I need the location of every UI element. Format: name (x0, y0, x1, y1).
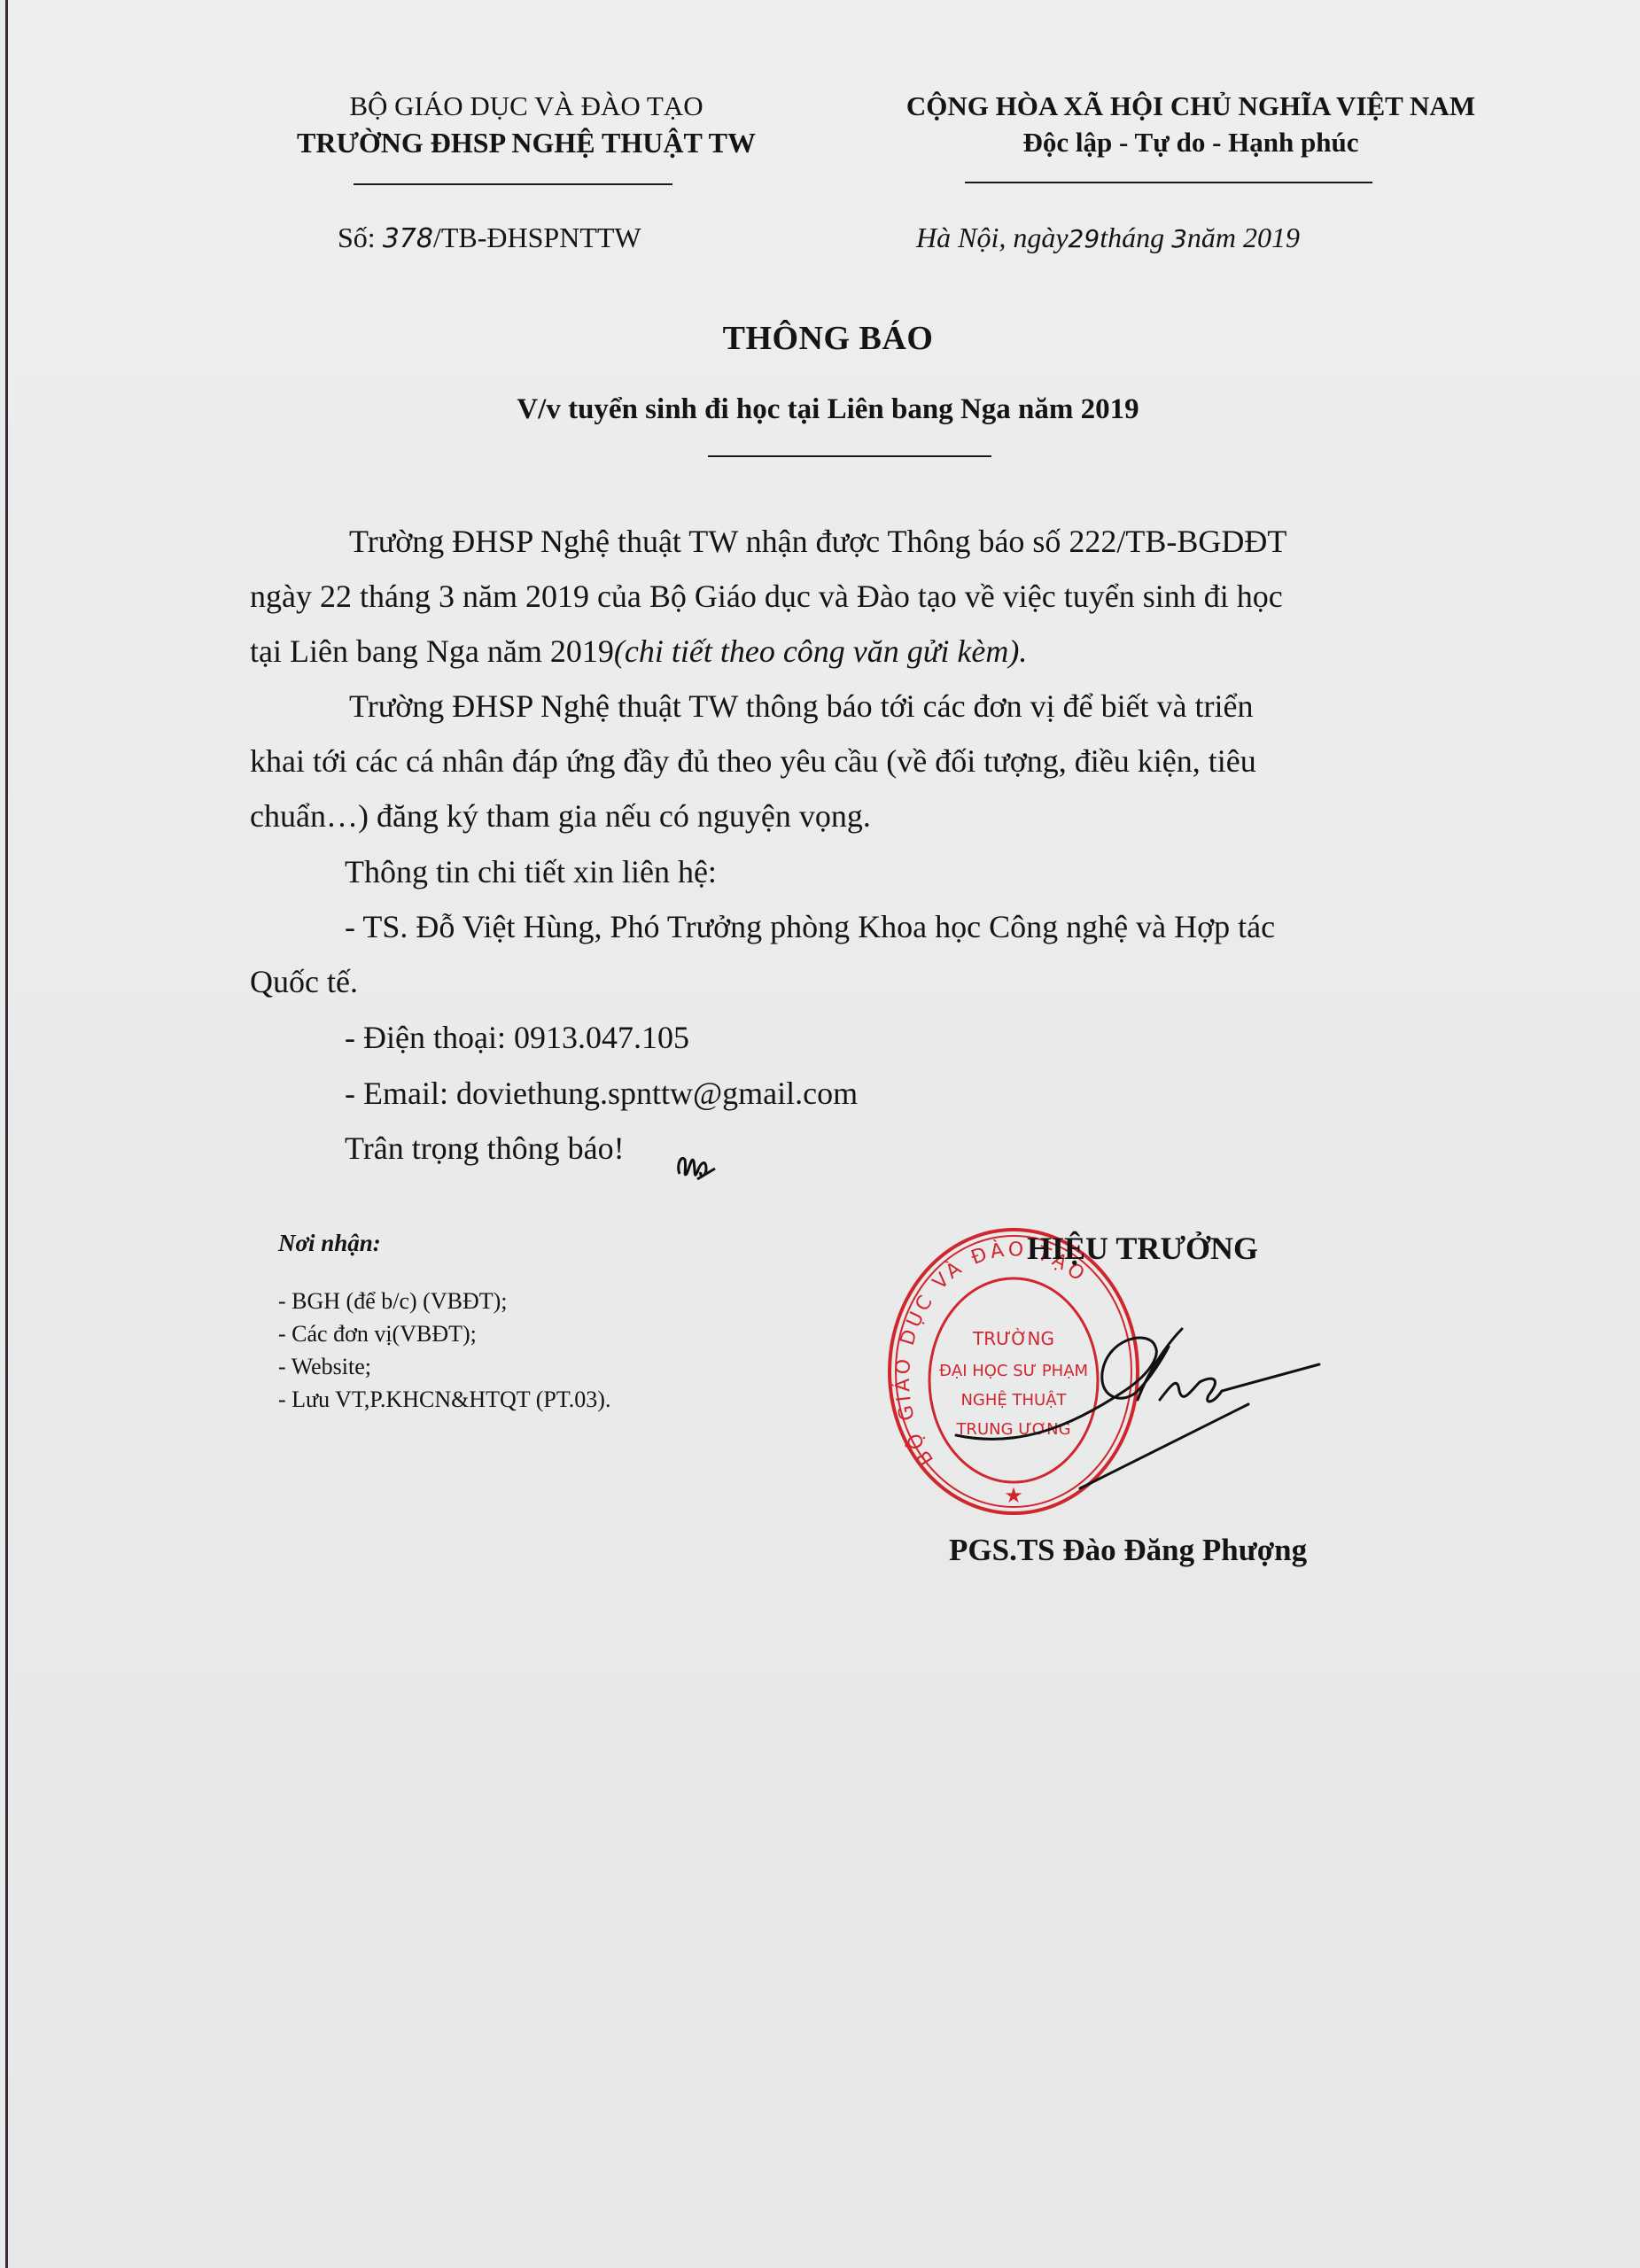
signature-icon (947, 1293, 1337, 1497)
reference-prefix: Số: (338, 221, 383, 253)
date-day-handwritten: 29 (1069, 224, 1100, 253)
national-motto: Độc lập - Tự do - Hạnh phúc (823, 124, 1558, 161)
paragraph-1-line-2: ngày 22 tháng 3 năm 2019 của Bộ Giáo dục… (250, 569, 1283, 624)
paragraph-2-line-1: Trường ĐHSP Nghệ thuật TW thông báo tới … (349, 679, 1254, 734)
recipients-title: Nơi nhận: (278, 1230, 381, 1257)
contact-intro: Thông tin chi tiết xin liên hệ: (345, 844, 717, 899)
school-name: TRƯỜNG ĐHSP NGHỆ THUẬT TW (221, 124, 832, 161)
subtitle-rule (708, 455, 991, 457)
reference-suffix: /TB-ĐHSPNTTW (433, 221, 641, 253)
header-left-rule (354, 183, 672, 185)
signer-title: HIỆU TRƯỞNG (1027, 1230, 1258, 1267)
recipient-item: - BGH (để b/c) (VBĐT); (278, 1285, 508, 1317)
header-right-rule (965, 182, 1372, 183)
paragraph-1-text: tại Liên bang Nga năm 2019 (250, 633, 614, 669)
header-left: BỘ GIÁO DỤC VÀ ĐÀO TẠO TRƯỜNG ĐHSP NGHỆ … (221, 89, 832, 161)
contact-phone: - Điện thoại: 0913.047.105 (345, 1010, 689, 1065)
date-month-handwritten: 3 (1171, 224, 1187, 253)
initials-icon (674, 1147, 719, 1187)
attachment-note: (chi tiết theo công văn gửi kèm). (614, 633, 1027, 669)
paragraph-1-line-1: Trường ĐHSP Nghệ thuật TW nhận được Thôn… (349, 514, 1286, 569)
contact-person-line-2: Quốc tế. (250, 954, 358, 1009)
document-title: THÔNG BÁO (8, 319, 1640, 358)
paragraph-2-line-2: khai tới các cá nhân đáp ứng đầy đủ theo… (250, 734, 1256, 788)
issue-date: Hà Nội, ngày29tháng 3năm 2019 (916, 221, 1300, 254)
reference-number-handwritten: 378 (383, 223, 433, 254)
document-page: BỘ GIÁO DỤC VÀ ĐÀO TẠO TRƯỜNG ĐHSP NGHỆ … (5, 0, 1640, 2268)
contact-email[interactable]: - Email: doviethung.spnttw@gmail.com (345, 1066, 858, 1121)
paragraph-2-line-3: chuẩn…) đăng ký tham gia nếu có nguyện v… (250, 788, 871, 843)
date-year-label: năm 2019 (1187, 221, 1300, 253)
paragraph-1-line-3: tại Liên bang Nga năm 2019(chi tiết theo… (250, 624, 1027, 679)
signer-name: PGS.TS Đào Đăng Phượng (949, 1533, 1307, 1568)
closing-line: Trân trọng thông báo! (345, 1121, 625, 1176)
recipient-item: - Website; (278, 1350, 371, 1383)
recipient-item: - Lưu VT,P.KHCN&HTQT (PT.03). (278, 1383, 610, 1416)
header-right: CỘNG HÒA XÃ HỘI CHỦ NGHĨA VIỆT NAM Độc l… (823, 89, 1558, 161)
contact-person-line-1: - TS. Đỗ Việt Hùng, Phó Trưởng phòng Kho… (345, 899, 1275, 954)
document-subtitle: V/v tuyển sinh đi học tại Liên bang Nga … (8, 393, 1640, 426)
date-month-label: tháng (1100, 221, 1171, 253)
date-prefix: Hà Nội, ngày (916, 221, 1069, 253)
recipient-item: - Các đơn vị(VBĐT); (278, 1317, 477, 1350)
ministry-name: BỘ GIÁO DỤC VÀ ĐÀO TẠO (221, 89, 832, 124)
country-name: CỘNG HÒA XÃ HỘI CHỦ NGHĨA VIỆT NAM (823, 89, 1558, 124)
reference-number: Số: 378/TB-ĐHSPNTTW (338, 221, 641, 254)
